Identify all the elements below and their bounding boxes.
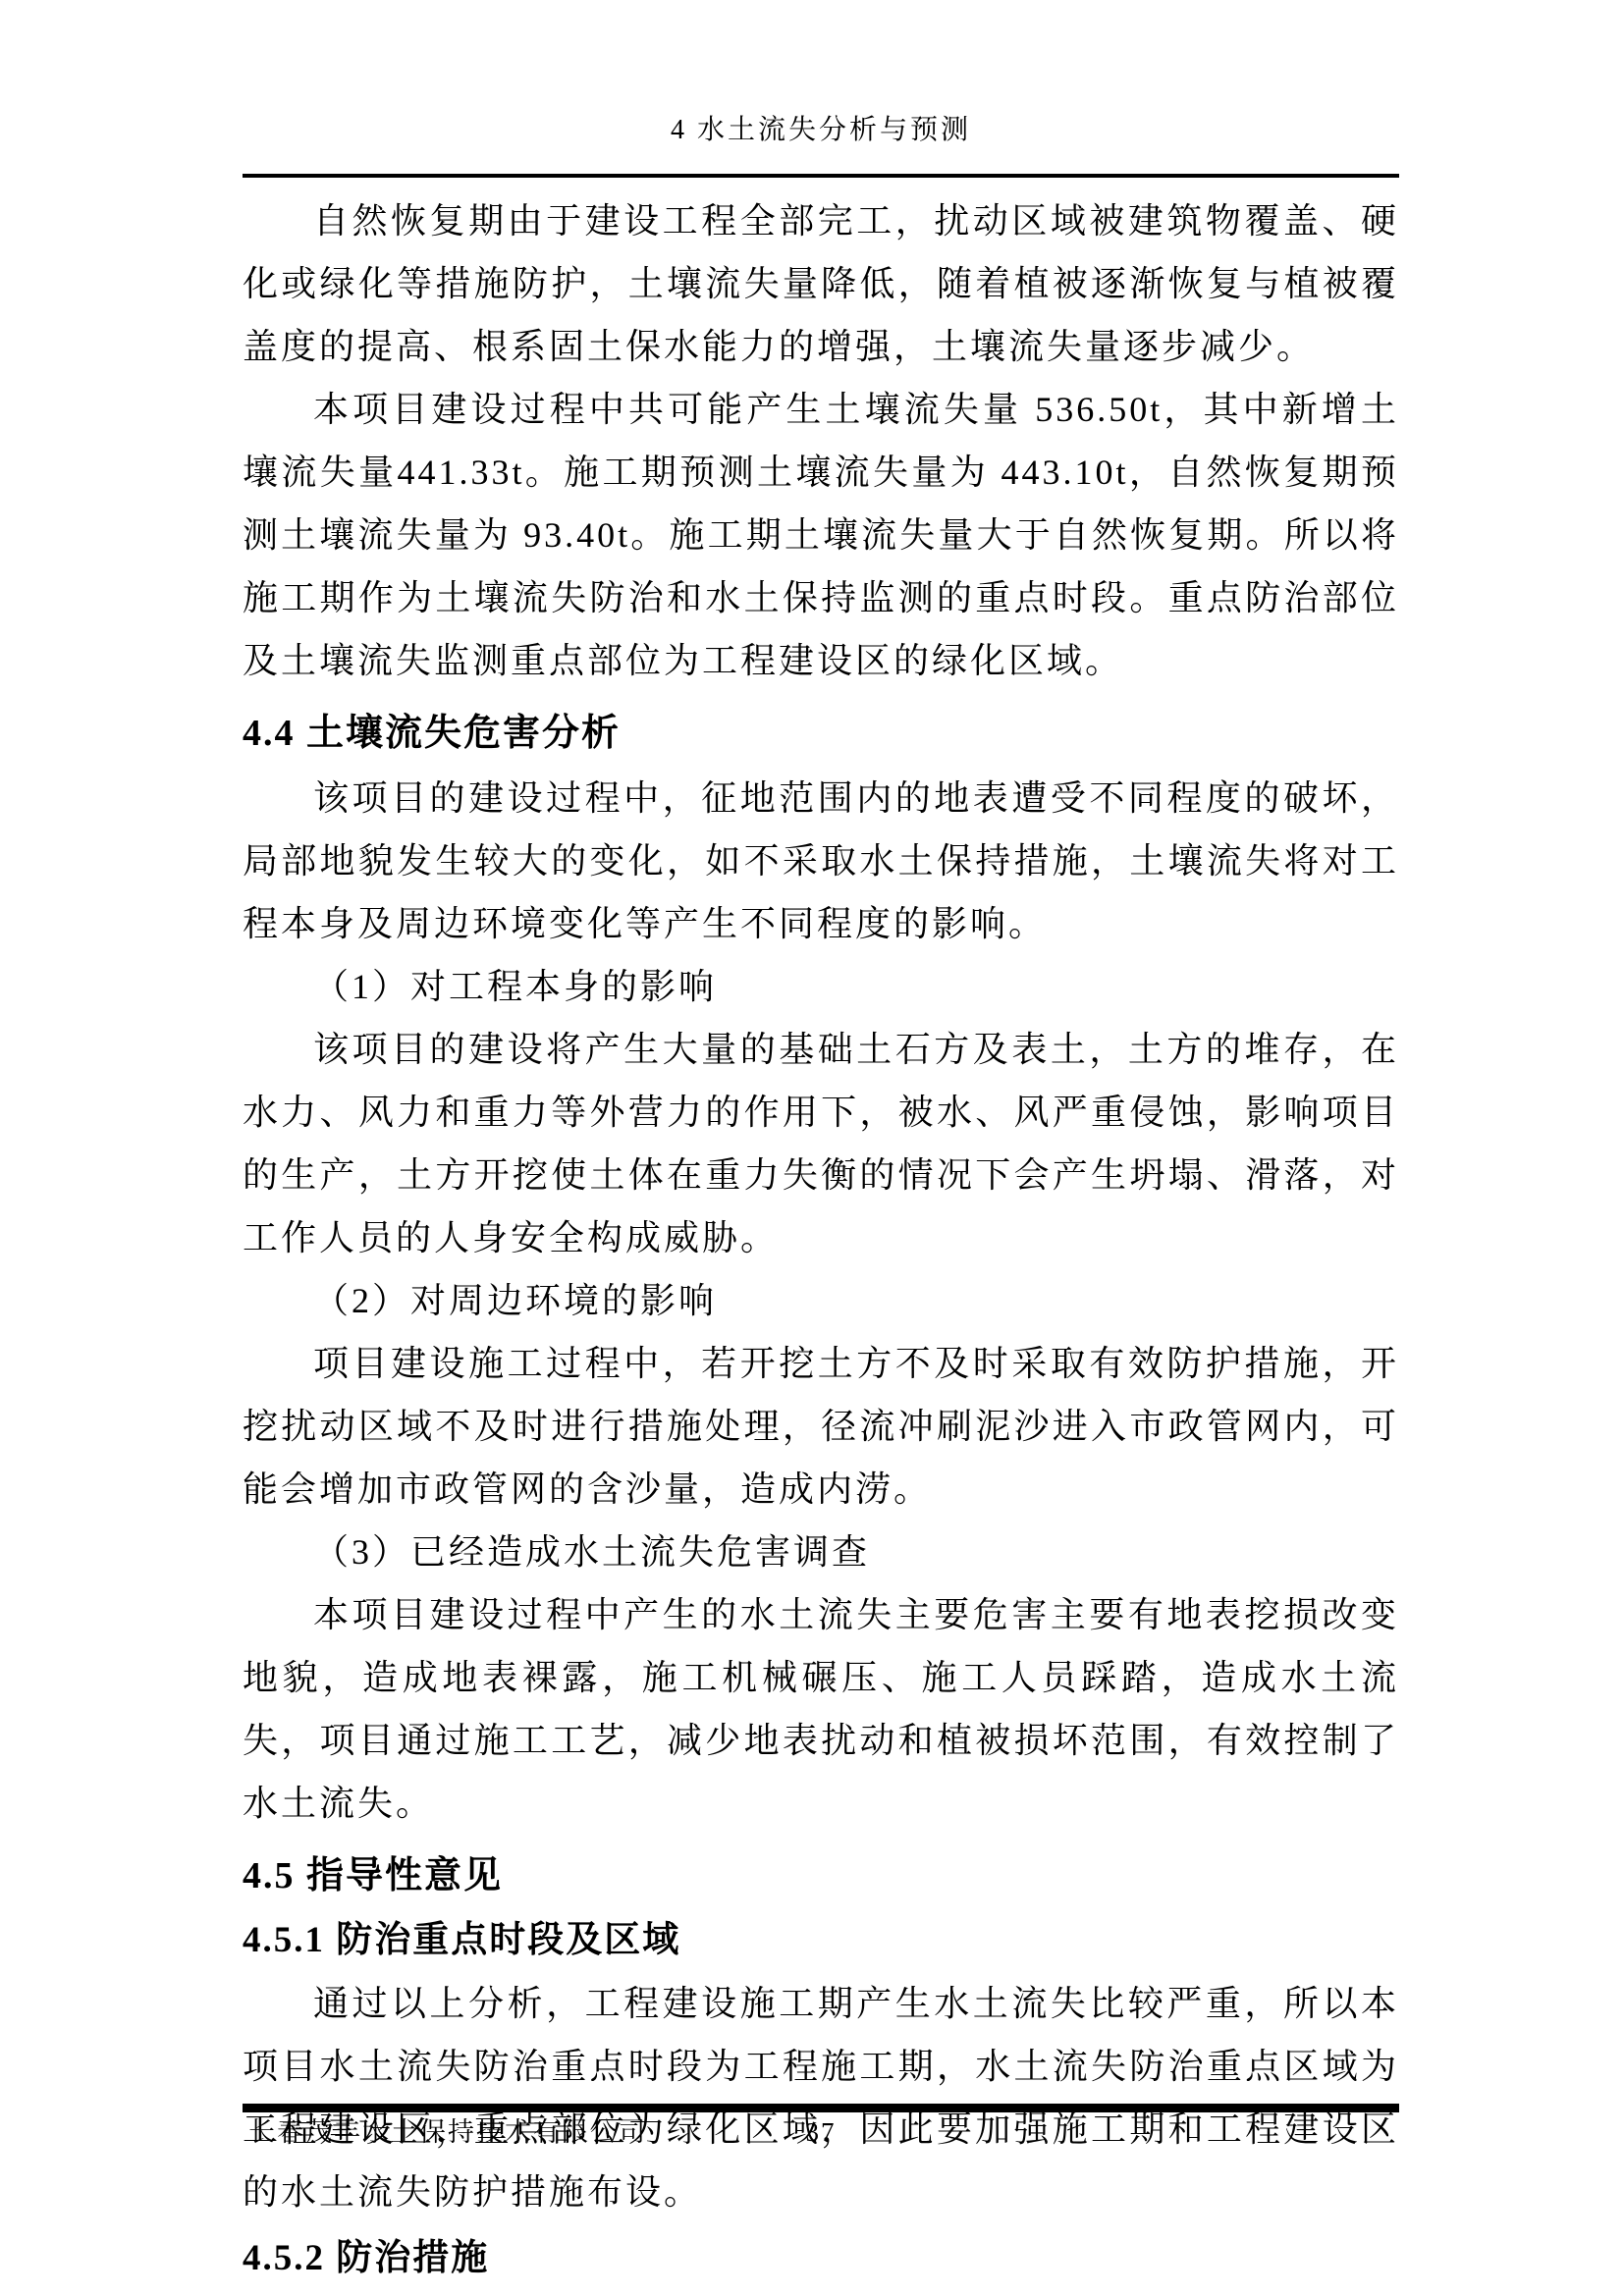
para-existing-soil-loss-detail: 本项目建设过程中产生的水土流失主要危害主要有地表挖损改变地貌，造成地表裸露，施工… [243, 1583, 1399, 1835]
document-page: 4 水土流失分析与预测 自然恢复期由于建设工程全部完工，扰动区域被建筑物覆盖、硬… [0, 0, 1624, 2296]
heading-4-5-guiding-opinions: 4.5 指导性意见 [243, 1844, 1399, 1907]
heading-4-5-2-prevention-measures: 4.5.2 防治措施 [243, 2227, 1399, 2290]
document-body: 自然恢复期由于建设工程全部完工，扰动区域被建筑物覆盖、硬化或绿化等措施防护，土壤… [243, 189, 1399, 2290]
para-soil-loss-totals: 本项目建设过程中共可能产生土壤流失量 536.50t，其中新增土壤流失量441.… [243, 378, 1399, 692]
content-area: 4 水土流失分析与预测 自然恢复期由于建设工程全部完工，扰动区域被建筑物覆盖、硬… [243, 0, 1399, 2290]
heading-4-4-soil-loss-hazard-analysis: 4.4 土壤流失危害分析 [243, 702, 1399, 765]
footer-rule [243, 2104, 1399, 2112]
para-impact-on-project-detail: 该项目的建设将产生大量的基础土石方及表土，土方的堆存，在水力、风力和重力等外营力… [243, 1018, 1399, 1269]
heading-4-5-1-key-periods-and-areas: 4.5.1 防治重点时段及区域 [243, 1909, 1399, 1972]
item-1-impact-on-project: （1）对工程本身的影响 [243, 955, 1399, 1018]
para-key-periods-and-areas-detail: 通过以上分析，工程建设施工期产生水土流失比较严重，所以本项目水土流失防治重点时段… [243, 1972, 1399, 2223]
para-hazard-overview: 该项目的建设过程中，征地范围内的地表遭受不同程度的破坏，局部地貌发生较大的变化，… [243, 767, 1399, 955]
item-2-impact-on-surroundings: （2）对周边环境的影响 [243, 1269, 1399, 1332]
footer-page-number: 37 [243, 2115, 1399, 2149]
para-impact-on-surroundings-detail: 项目建设施工过程中，若开挖土方不及时采取有效防护措施，开挖扰动区域不及时进行措施… [243, 1332, 1399, 1521]
page-footer: 长春茂丰水土保持技术有限公司 37 [243, 2115, 1399, 2155]
chapter-title: 4 水土流失分析与预测 [243, 114, 1399, 147]
para-natural-recovery-period: 自然恢复期由于建设工程全部完工，扰动区域被建筑物覆盖、硬化或绿化等措施防护，土壤… [243, 189, 1399, 378]
item-3-existing-soil-loss-survey: （3）已经造成水土流失危害调查 [243, 1521, 1399, 1583]
running-header: 4 水土流失分析与预测 [243, 0, 1399, 178]
